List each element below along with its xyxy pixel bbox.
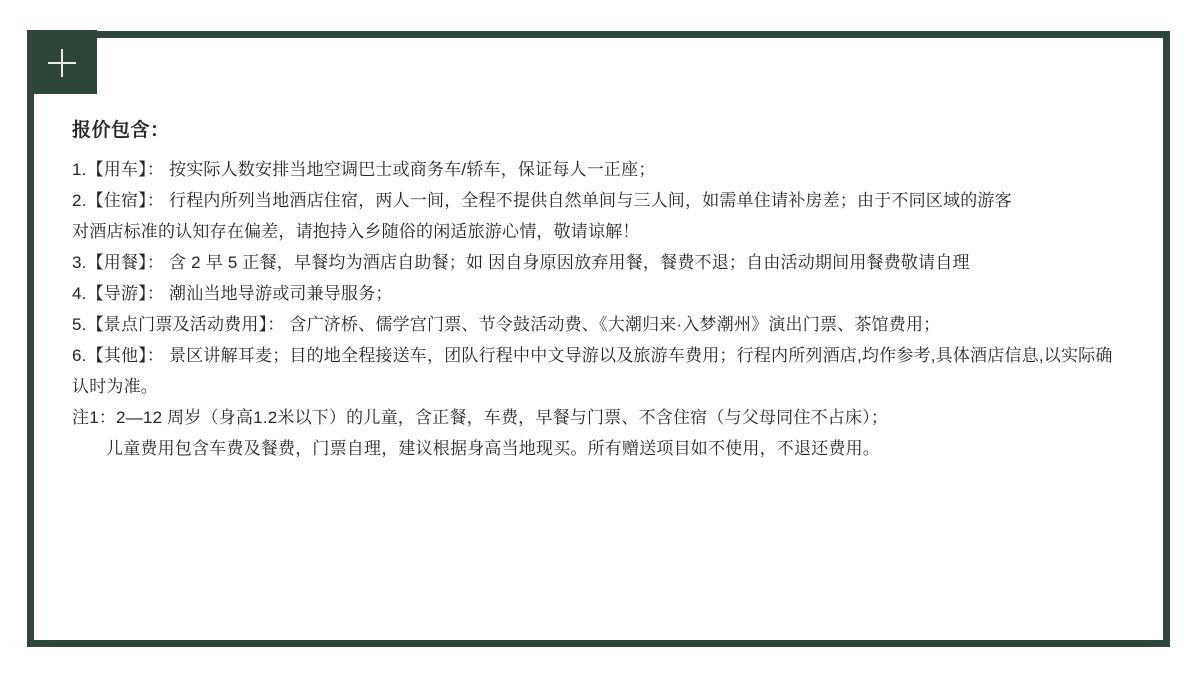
quote-includes-section: 报价包含： 1.【用车】： 按实际人数安排当地空调巴士或商务车/轿车，保证每人一… (72, 116, 1142, 464)
body-line-lodging: 2.【住宿】： 行程内所列当地酒店住宿，两人一间，全程不提供自然单间与三人间，如… (72, 185, 1142, 216)
body-line-other: 6.【其他】： 景区讲解耳麦；目的地全程接送车，团队行程中中文导游以及旅游车费用… (72, 340, 1142, 371)
note-line-1: 注1：2—12 周岁（身高1.2米以下）的儿童，含正餐，车费，早餐与门票、不含住… (72, 402, 1142, 433)
body-line-lodging-cont: 对酒店标准的认知存在偏差，请抱持入乡随俗的闲适旅游心情，敬请谅解！ (72, 216, 1142, 247)
body-line-vehicle: 1.【用车】： 按实际人数安排当地空调巴士或商务车/轿车，保证每人一正座； (72, 154, 1142, 185)
corner-decoration (27, 30, 97, 94)
body-line-other-cont: 认时为准。 (72, 371, 1142, 402)
body-line-tickets: 5.【景点门票及活动费用】： 含广济桥、儒学宫门票、节令鼓活动费、《大潮归来·入… (72, 309, 1142, 340)
section-title: 报价包含： (72, 116, 1142, 146)
body-line-guide: 4.【导游】： 潮汕当地导游或司兼导服务； (72, 278, 1142, 309)
presentation-slide: 报价包含： 1.【用车】： 按实际人数安排当地空调巴士或商务车/轿车，保证每人一… (0, 0, 1200, 675)
plus-icon (27, 30, 97, 94)
body-line-meals: 3.【用餐】： 含 2 早 5 正餐，早餐均为酒店自助餐；如 因自身原因放弃用餐… (72, 247, 1142, 278)
note-line-2: 儿童费用包含车费及餐费，门票自理，建议根据身高当地现买。所有赠送项目如不使用，不… (72, 433, 1142, 464)
